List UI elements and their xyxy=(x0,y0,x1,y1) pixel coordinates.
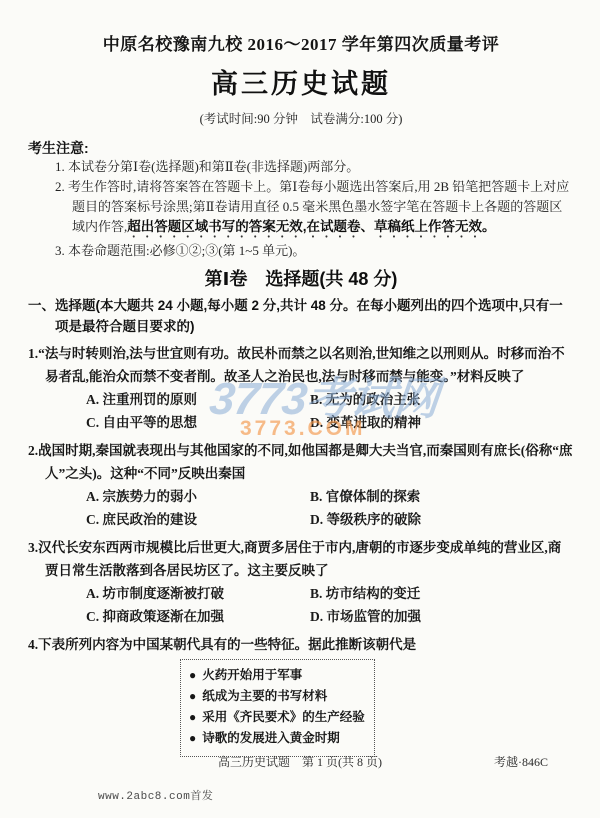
page-footer: 高三历史试题 第 1 页(共 8 页) 考越·846C xyxy=(0,755,600,770)
exam-content: 中原名校豫南九校 2016～2017 学年第四次质量考评 高三历史试题 (考试时… xyxy=(0,0,600,757)
feature-item: ●采用《齐民要术》的生产经验 xyxy=(189,707,365,728)
question-1-option-d: D. 变革进取的精神 xyxy=(310,411,574,434)
question-2: 2.战国时期,秦国就表现出与其他国家的不同,如他国都是卿大夫当官,而秦国则有庶长… xyxy=(28,439,574,531)
question-1-option-b: B. 无为的政治主张 xyxy=(310,388,574,411)
site-credit: www.2abc8.com首发 xyxy=(98,787,213,803)
exam-subject-title: 高三历史试题 xyxy=(28,69,574,100)
question-4-text: 下表所列内容为中国某朝代具有的一些特征。据此推断该朝代是 xyxy=(38,637,416,652)
section1-heading: 第Ⅰ卷 选择题(共 48 分) xyxy=(28,267,574,291)
question-3-options: A. 坊市制度逐渐被打破 B. 坊市结构的变迁 C. 抑商政策逐渐在加强 D. … xyxy=(28,582,574,628)
question-3-option-d: D. 市场监管的加强 xyxy=(310,605,574,628)
question-4-stem: 4.下表所列内容为中国某朝代具有的一些特征。据此推断该朝代是 xyxy=(28,633,574,656)
question-1: 1.“法与时转则治,法与世宜则有功。故民朴而禁之以名则治,世知维之以刑则从。时移… xyxy=(28,342,574,434)
footer-paper-code: 考越·846C xyxy=(494,755,548,770)
notice-item-2: 2. 考生作答时,请将答案答在答题卡上。第Ⅰ卷每小题选出答案后,用 2B 铅笔把… xyxy=(28,177,574,241)
notice-item-3: 3. 本卷命题范围:必修①②;③(第 1~5 单元)。 xyxy=(28,241,574,261)
feature-item: ●火药开始用于军事 xyxy=(189,665,365,686)
question-1-options: A. 注重刑罚的原则 B. 无为的政治主张 C. 自由平等的思想 D. 变革进取… xyxy=(28,388,574,434)
question-3-number: 3. xyxy=(28,540,38,555)
question-4-feature-table: ●火药开始用于军事 ●纸成为主要的书写材料 ●采用《齐民要术》的生产经验 ●诗歌… xyxy=(180,659,375,757)
question-3-stem: 3.汉代长安东西两市规模比后世更大,商贾多居住于市内,唐朝的市逐步变成单纯的营业… xyxy=(28,536,574,582)
feature-item: ●诗歌的发展进入黄金时期 xyxy=(189,728,365,749)
question-4-number: 4. xyxy=(28,637,38,652)
question-2-option-b: B. 官僚体制的探索 xyxy=(310,485,574,508)
question-2-option-a: A. 宗族势力的弱小 xyxy=(86,485,310,508)
section1-intro: 一、选择题(本大题共 24 小题,每小题 2 分,共计 48 分。在每小题列出的… xyxy=(28,295,574,337)
question-4: 4.下表所列内容为中国某朝代具有的一些特征。据此推断该朝代是 ●火药开始用于军事… xyxy=(28,633,574,757)
question-3-option-a: A. 坊市制度逐渐被打破 xyxy=(86,582,310,605)
bullet-icon: ● xyxy=(189,710,196,724)
bullet-icon: ● xyxy=(189,731,196,745)
notice-item-2-emphasis: 超出答题区域书写的答案无效,在试题卷、草稿纸上作答无效。 xyxy=(127,219,495,234)
exam-paper-page: 中原名校豫南九校 2016～2017 学年第四次质量考评 高三历史试题 (考试时… xyxy=(0,0,600,818)
bullet-icon: ● xyxy=(189,689,196,703)
feature-item-text: 纸成为主要的书写材料 xyxy=(202,689,327,703)
question-2-number: 2. xyxy=(28,443,38,458)
question-2-option-d: D. 等级秩序的破除 xyxy=(310,508,574,531)
question-3-option-c: C. 抑商政策逐渐在加强 xyxy=(86,605,310,628)
question-2-option-c: C. 庶民政治的建设 xyxy=(86,508,310,531)
feature-item-text: 诗歌的发展进入黄金时期 xyxy=(202,731,340,745)
question-1-option-c: C. 自由平等的思想 xyxy=(86,411,310,434)
question-3: 3.汉代长安东西两市规模比后世更大,商贾多居住于市内,唐朝的市逐步变成单纯的营业… xyxy=(28,536,574,628)
question-2-stem: 2.战国时期,秦国就表现出与其他国家的不同,如他国都是卿大夫当官,而秦国则有庶长… xyxy=(28,439,574,485)
question-3-text: 汉代长安东西两市规模比后世更大,商贾多居住于市内,唐朝的市逐步变成单纯的营业区,… xyxy=(38,540,561,578)
question-1-option-a: A. 注重刑罚的原则 xyxy=(86,388,310,411)
feature-item-text: 火药开始用于军事 xyxy=(202,668,302,682)
question-1-stem: 1.“法与时转则治,法与世宜则有功。故民朴而禁之以名则治,世知维之以刑则从。时移… xyxy=(28,342,574,388)
notice-item-1: 1. 本试卷分第Ⅰ卷(选择题)和第Ⅱ卷(非选择题)两部分。 xyxy=(28,157,574,177)
exam-time-score-info: (考试时间:90 分钟 试卷满分:100 分) xyxy=(28,111,574,127)
feature-item: ●纸成为主要的书写材料 xyxy=(189,686,365,707)
question-2-options: A. 宗族势力的弱小 B. 官僚体制的探索 C. 庶民政治的建设 D. 等级秩序… xyxy=(28,485,574,531)
question-1-number: 1. xyxy=(28,346,38,361)
bullet-icon: ● xyxy=(189,668,196,682)
question-2-text: 战国时期,秦国就表现出与其他国家的不同,如他国都是卿大夫当官,而秦国则有庶长(俗… xyxy=(38,443,572,481)
exam-school-title: 中原名校豫南九校 2016～2017 学年第四次质量考评 xyxy=(28,34,574,56)
question-1-text: “法与时转则治,法与世宜则有功。故民朴而禁之以名则治,世知维之以刑则从。时移而治… xyxy=(38,346,565,384)
feature-item-text: 采用《齐民要术》的生产经验 xyxy=(202,710,365,724)
notice-heading: 考生注意: xyxy=(28,139,574,157)
question-3-option-b: B. 坊市结构的变迁 xyxy=(310,582,574,605)
